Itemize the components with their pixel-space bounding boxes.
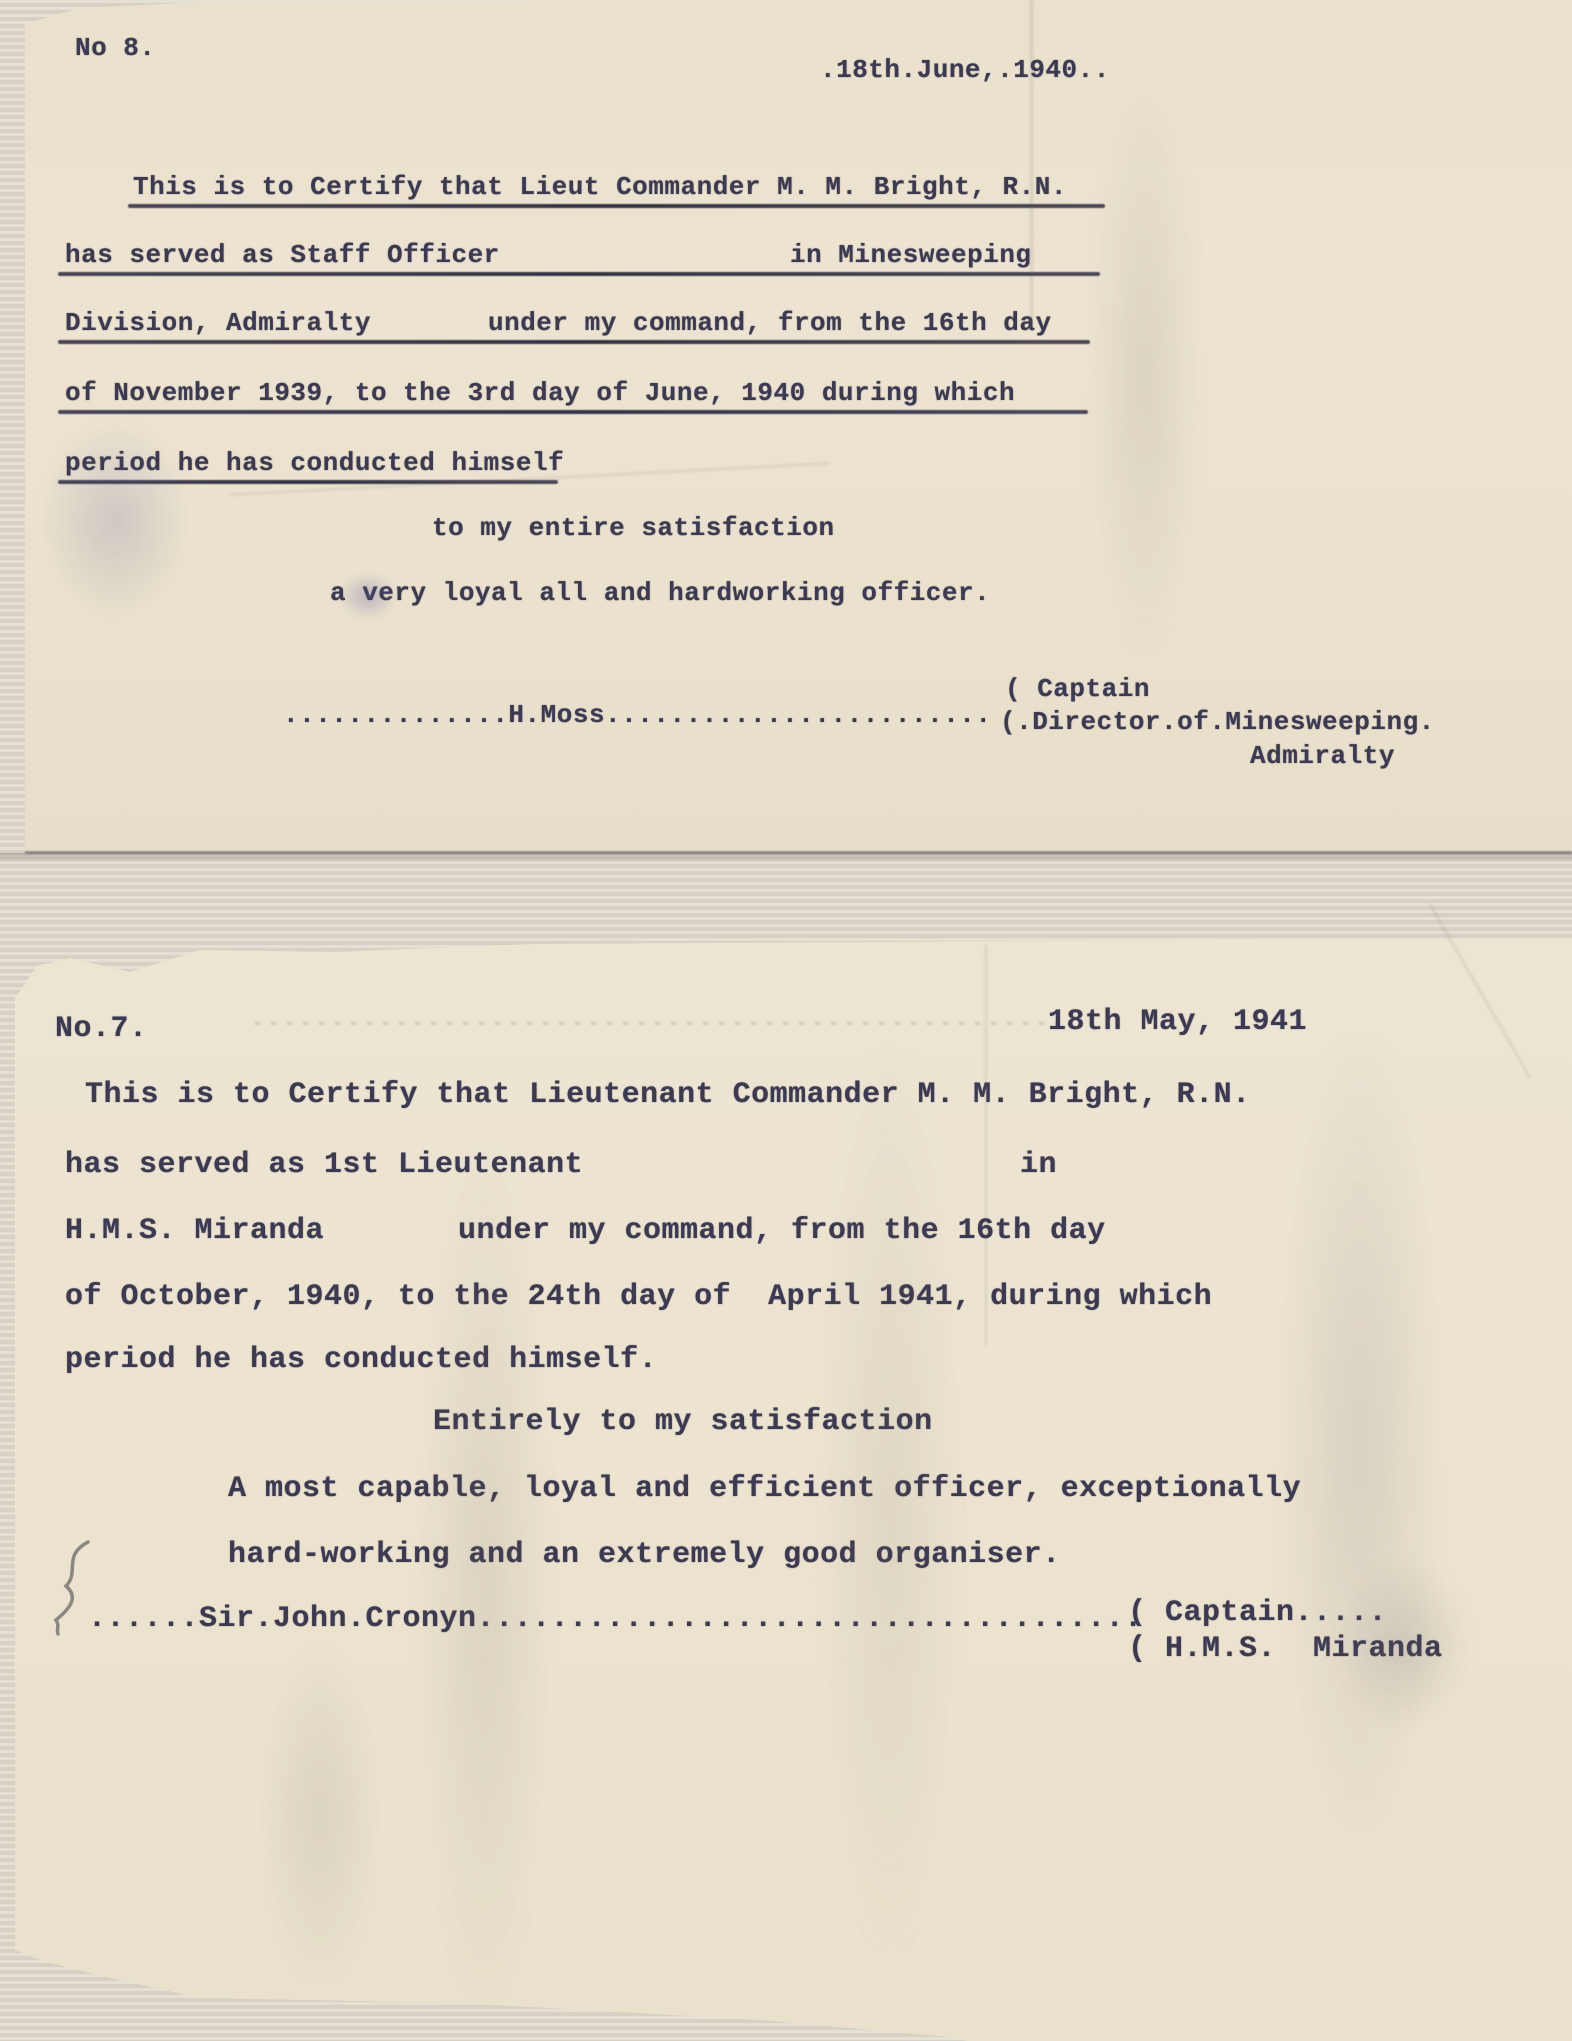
- doc1-certify-line: This is to Certify that Lieut Commander …: [133, 172, 1067, 202]
- doc2-ship: H.M.S. Miranda: [65, 1214, 324, 1248]
- scanned-documents-page: { "page": { "background_hex": "#ddd7c9",…: [0, 0, 1572, 2041]
- doc1-rule-5: [58, 480, 558, 484]
- doc1-period-range: of November 1939, to the 3rd day of June…: [65, 378, 1015, 408]
- doc1-period-tail: period he has conducted himself: [65, 448, 564, 478]
- doc1-remark: a very loyal all and hardworking officer…: [330, 578, 990, 608]
- paper-gap-shadow: [0, 853, 1572, 863]
- doc1-sig-title: (.Director.of.Minesweeping.: [1000, 707, 1435, 737]
- doc1-number: No 8.: [75, 33, 156, 63]
- doc1-date: .18th.June,.1940..: [820, 55, 1110, 85]
- doc2-period-tail: period he has conducted himself.: [65, 1343, 657, 1377]
- pen-mark: [48, 1538, 102, 1636]
- doc2-signature-line: ......Sir.John.Cronyn...................…: [88, 1602, 1143, 1636]
- doc1-signature-line: ..............H.Moss....................…: [283, 700, 992, 730]
- doc1-served-in: in Minesweeping: [790, 240, 1032, 270]
- doc1-command: under my command, from the 16th day: [488, 308, 1052, 338]
- doc2-remark-1: A most capable, loyal and efficient offi…: [228, 1472, 1301, 1506]
- doc1-rule-3: [58, 340, 1090, 344]
- doc2-ghost-dotted-line: [255, 1022, 1065, 1025]
- doc2-remark-2: hard-working and an extremely good organ…: [228, 1538, 1061, 1572]
- doc1-sig-org: Admiralty: [1250, 741, 1395, 771]
- doc2-sig-ship: ( H.M.S. Miranda: [1128, 1632, 1443, 1666]
- doc1-rule-2: [58, 272, 1100, 276]
- doc2-served-as: has served as 1st Lieutenant: [65, 1148, 583, 1182]
- doc1-served-as: has served as Staff Officer: [65, 240, 500, 270]
- doc2-served-in: in: [1020, 1148, 1057, 1182]
- doc2-number: No.7.: [55, 1012, 148, 1046]
- doc2-sig-rank: ( Captain.....: [1128, 1596, 1387, 1630]
- doc2-command: under my command, from the 16th day: [458, 1214, 1106, 1248]
- doc1-conduct: to my entire satisfaction: [432, 513, 835, 543]
- doc2-date: 18th May, 1941: [1048, 1005, 1307, 1039]
- doc1-rule-4: [58, 410, 1088, 414]
- doc1-rule-1: [128, 204, 1105, 208]
- doc2-conduct: Entirely to my satisfaction: [433, 1405, 933, 1439]
- doc2-period-range: of October, 1940, to the 24th day of Apr…: [65, 1280, 1212, 1314]
- doc2-certify-line: This is to Certify that Lieutenant Comma…: [85, 1078, 1251, 1112]
- doc1-division: Division, Admiralty: [65, 308, 371, 338]
- doc1-sig-rank: ( Captain: [1005, 674, 1150, 704]
